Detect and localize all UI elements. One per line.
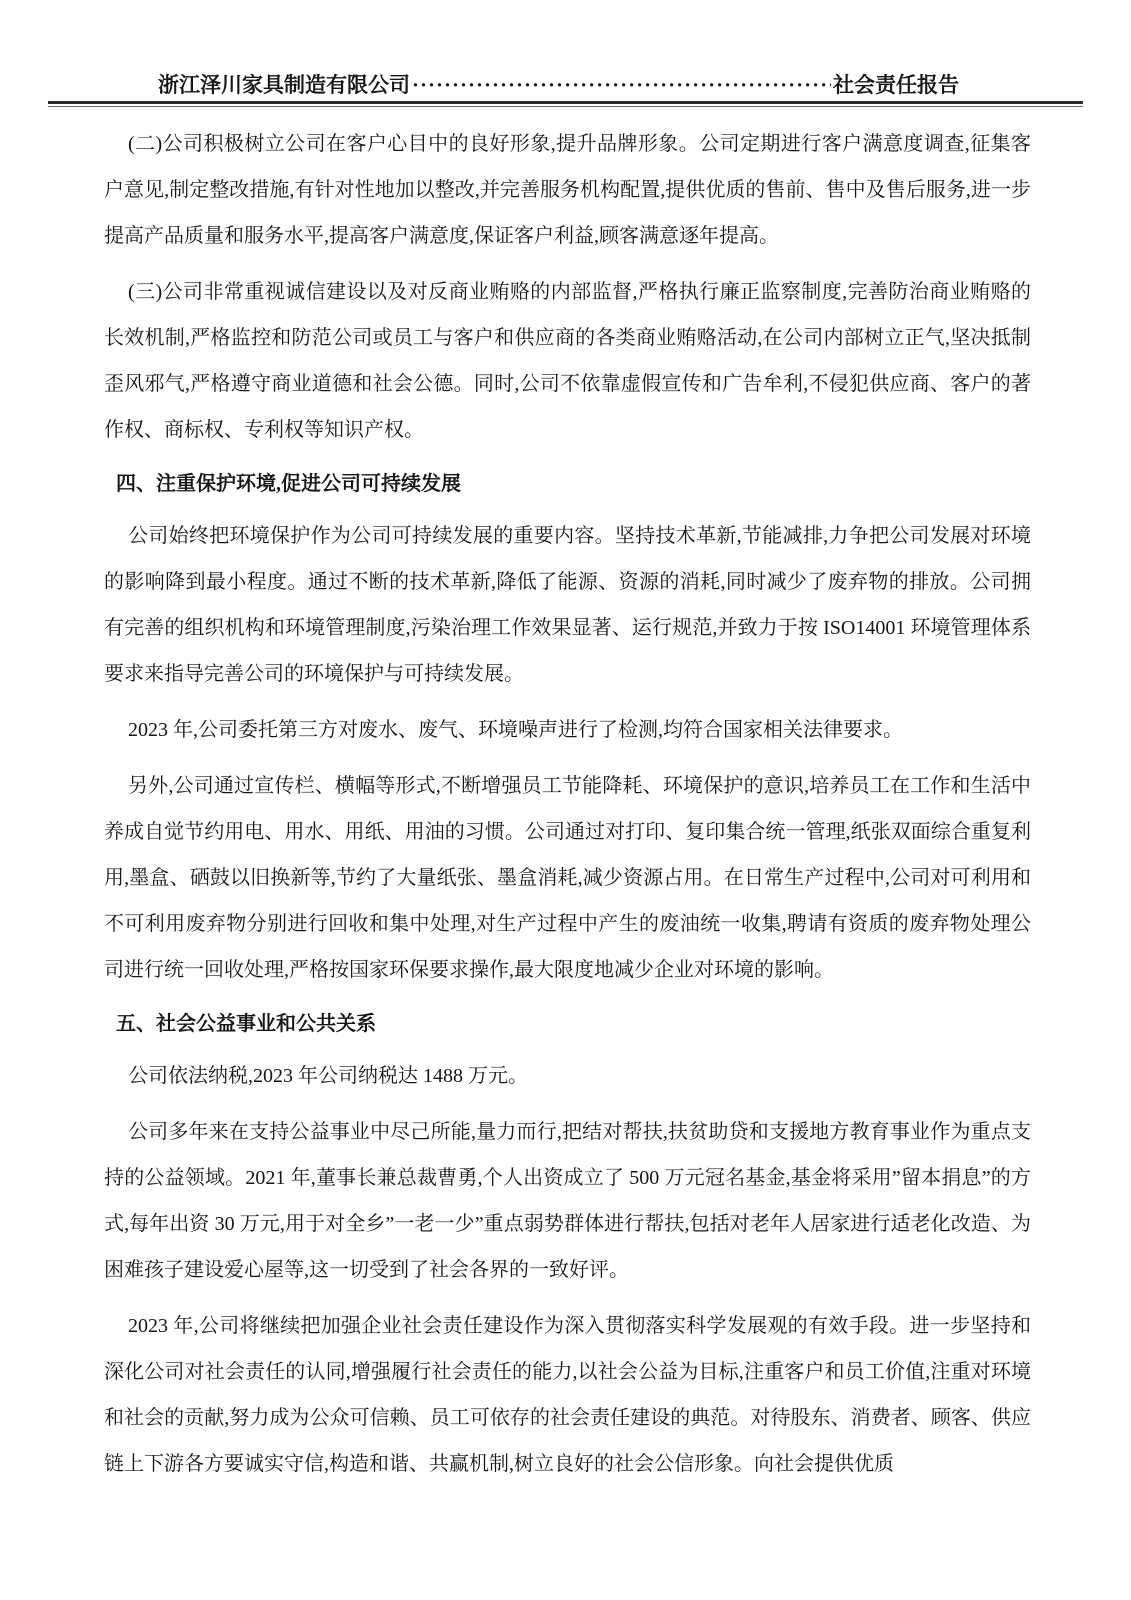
body-paragraph: (二)公司积极树立公司在客户心目中的良好形象,提升品牌形象。公司定期进行客户满意…	[104, 121, 1031, 259]
section-heading-public-welfare: 五、社会公益事业和公共关系	[104, 1009, 1031, 1039]
body-paragraph: 另外,公司通过宣传栏、横幅等形式,不断增强员工节能降耗、环境保护的意识,培养员工…	[104, 763, 1031, 993]
header-dot-leader: ········································…	[412, 72, 831, 98]
body-paragraph: 2023 年,公司委托第三方对废水、废气、环境噪声进行了检测,均符合国家相关法律…	[104, 707, 1031, 753]
header-rule	[48, 101, 1083, 107]
document-page: 浙江泽川家具制造有限公司 ···························…	[0, 0, 1131, 1600]
body-paragraph: 2023 年,公司将继续把加强企业社会责任建设作为深入贯彻落实科学发展观的有效手…	[104, 1303, 1031, 1487]
document-body: (二)公司积极树立公司在客户心目中的良好形象,提升品牌形象。公司定期进行客户满意…	[104, 121, 1031, 1487]
body-paragraph: 公司多年来在支持公益事业中尽己所能,量力而行,把结对帮扶,扶贫助贷和支援地方教育…	[104, 1109, 1031, 1293]
header-report-title: 社会责任报告	[833, 72, 959, 98]
body-paragraph: 公司始终把环境保护作为公司可持续发展的重要内容。坚持技术革新,节能减排,力争把公…	[104, 513, 1031, 697]
header-row: 浙江泽川家具制造有限公司 ···························…	[158, 72, 959, 98]
section-heading-environment: 四、注重保护环境,促进公司可持续发展	[104, 469, 1031, 499]
body-paragraph: 公司依法纳税,2023 年公司纳税达 1488 万元。	[104, 1053, 1031, 1099]
body-paragraph: (三)公司非常重视诚信建设以及对反商业贿赂的内部监督,严格执行廉正监察制度,完善…	[104, 269, 1031, 453]
header-company-name: 浙江泽川家具制造有限公司	[158, 72, 410, 98]
page-header: 浙江泽川家具制造有限公司 ···························…	[0, 0, 1131, 107]
